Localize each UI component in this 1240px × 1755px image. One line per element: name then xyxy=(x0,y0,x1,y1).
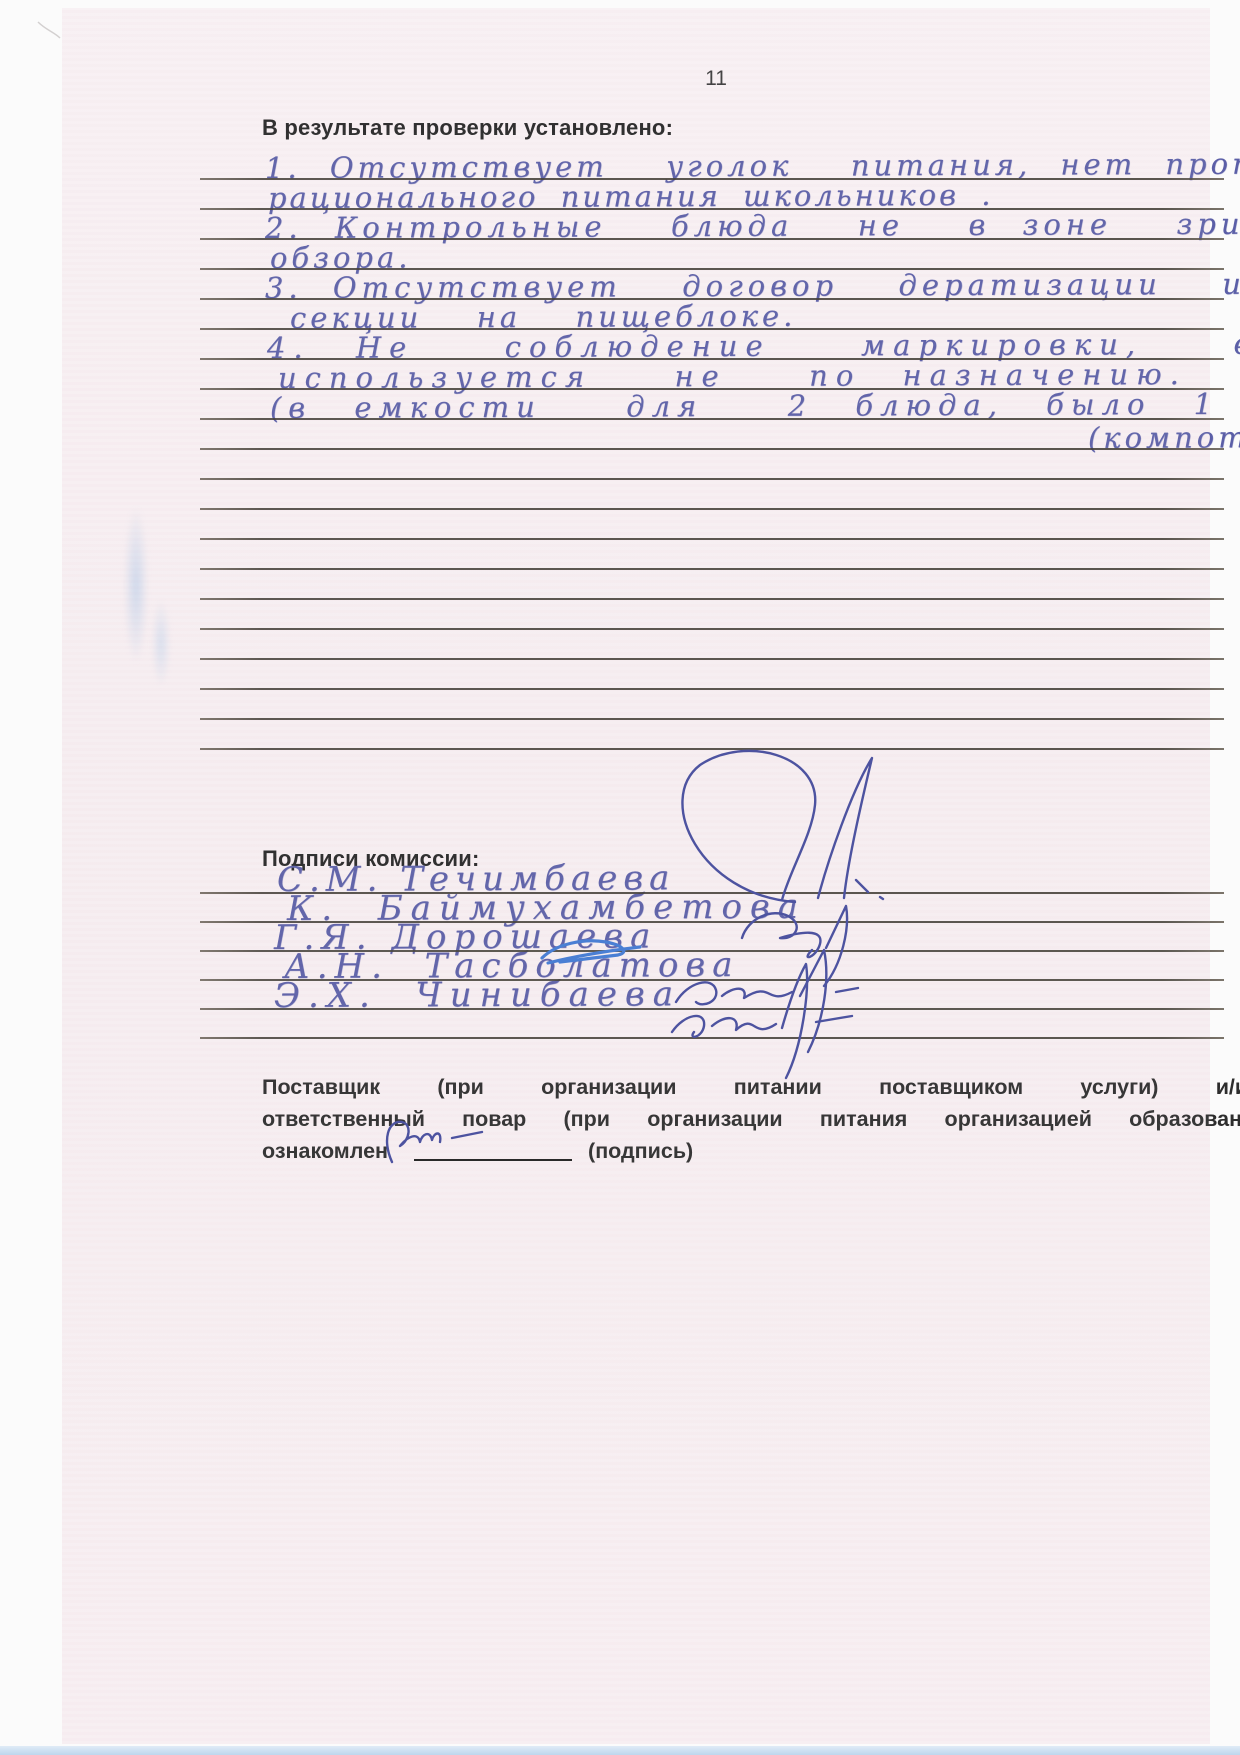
ruled-line xyxy=(200,388,1224,390)
ruled-line xyxy=(200,238,1224,240)
ruled-line xyxy=(200,358,1224,360)
handwritten-line: (компот, xyxy=(1088,419,1240,456)
ruled-line xyxy=(200,1037,1224,1039)
handwritten-line: 4. Не соблюдение маркировки, емкость xyxy=(267,325,1240,366)
footer-line-3: ознакомлен(подпись) xyxy=(262,1135,1240,1167)
ruled-line xyxy=(200,538,1224,540)
handwritten-line: 2. Контрольные блюда не в зоне зрительно… xyxy=(265,205,1240,246)
ruled-line xyxy=(200,568,1224,570)
signatures-heading: Подписи комиссии: xyxy=(262,846,480,872)
scanned-page: 11 В результате проверки установлено: 1.… xyxy=(62,8,1210,1744)
footer-paragraph: Поставщик (при организации питании поста… xyxy=(262,1071,1240,1167)
page-number: 11 xyxy=(692,67,740,91)
ink-smudge xyxy=(152,598,170,688)
ruled-line xyxy=(200,178,1224,180)
ruled-line xyxy=(200,298,1224,300)
handwritten-line: используется не по назначению. xyxy=(278,356,1187,396)
signature-name: С.М. Течимбаева xyxy=(277,858,676,900)
handwritten-line: рационального питания школьников . xyxy=(268,177,994,216)
handwritten-line: 1. Отсутствует уголок питания, нет пропо… xyxy=(265,145,1240,186)
ruled-line xyxy=(200,598,1224,600)
ruled-line xyxy=(200,892,1224,894)
ruled-line xyxy=(200,418,1224,420)
handwritten-line: обзора. xyxy=(270,239,412,276)
ruled-line xyxy=(200,688,1224,690)
ruled-line xyxy=(200,328,1224,330)
signature-name: Г.Я. Дорошаева xyxy=(274,916,658,958)
handwritten-line: секции на пищеблоке. xyxy=(290,298,797,336)
ruled-line xyxy=(200,508,1224,510)
ruled-line xyxy=(200,658,1224,660)
ruled-line xyxy=(200,718,1224,720)
ruled-line xyxy=(200,268,1224,270)
ruled-line xyxy=(200,921,1224,923)
signature-name: Э.Х. Чинибаева xyxy=(274,974,681,1016)
ruled-line xyxy=(200,950,1224,952)
footer-line-1: Поставщик (при организации питании поста… xyxy=(262,1071,1240,1103)
ruled-line xyxy=(200,748,1224,750)
ruled-line xyxy=(200,1008,1224,1010)
ruled-line xyxy=(200,208,1224,210)
signature-caption: (подпись) xyxy=(588,1139,693,1163)
handwritten-line: (в емкости для 2 блюда, было 1 блюд xyxy=(270,385,1240,426)
signature-name: К. Баймухамбетова xyxy=(287,887,806,929)
acknowledged-label: ознакомлен xyxy=(262,1139,388,1163)
margin-pencil-mark xyxy=(38,22,60,38)
ink-smudge xyxy=(124,505,148,665)
signature-name: А.Н. Тасболатова xyxy=(284,945,740,987)
scanner-streak xyxy=(0,1746,1240,1755)
handwritten-line: 3. Отсутствует договор дератизации и дез… xyxy=(265,265,1240,306)
ruled-line xyxy=(200,979,1224,981)
findings-heading: В результате проверки установлено: xyxy=(262,115,673,141)
ruled-line xyxy=(200,628,1224,630)
footer-line-2: ответственный повар (при организации пит… xyxy=(262,1103,1240,1135)
signature-blank xyxy=(414,1140,572,1162)
ruled-line xyxy=(200,478,1224,480)
ruled-line xyxy=(200,448,1224,450)
